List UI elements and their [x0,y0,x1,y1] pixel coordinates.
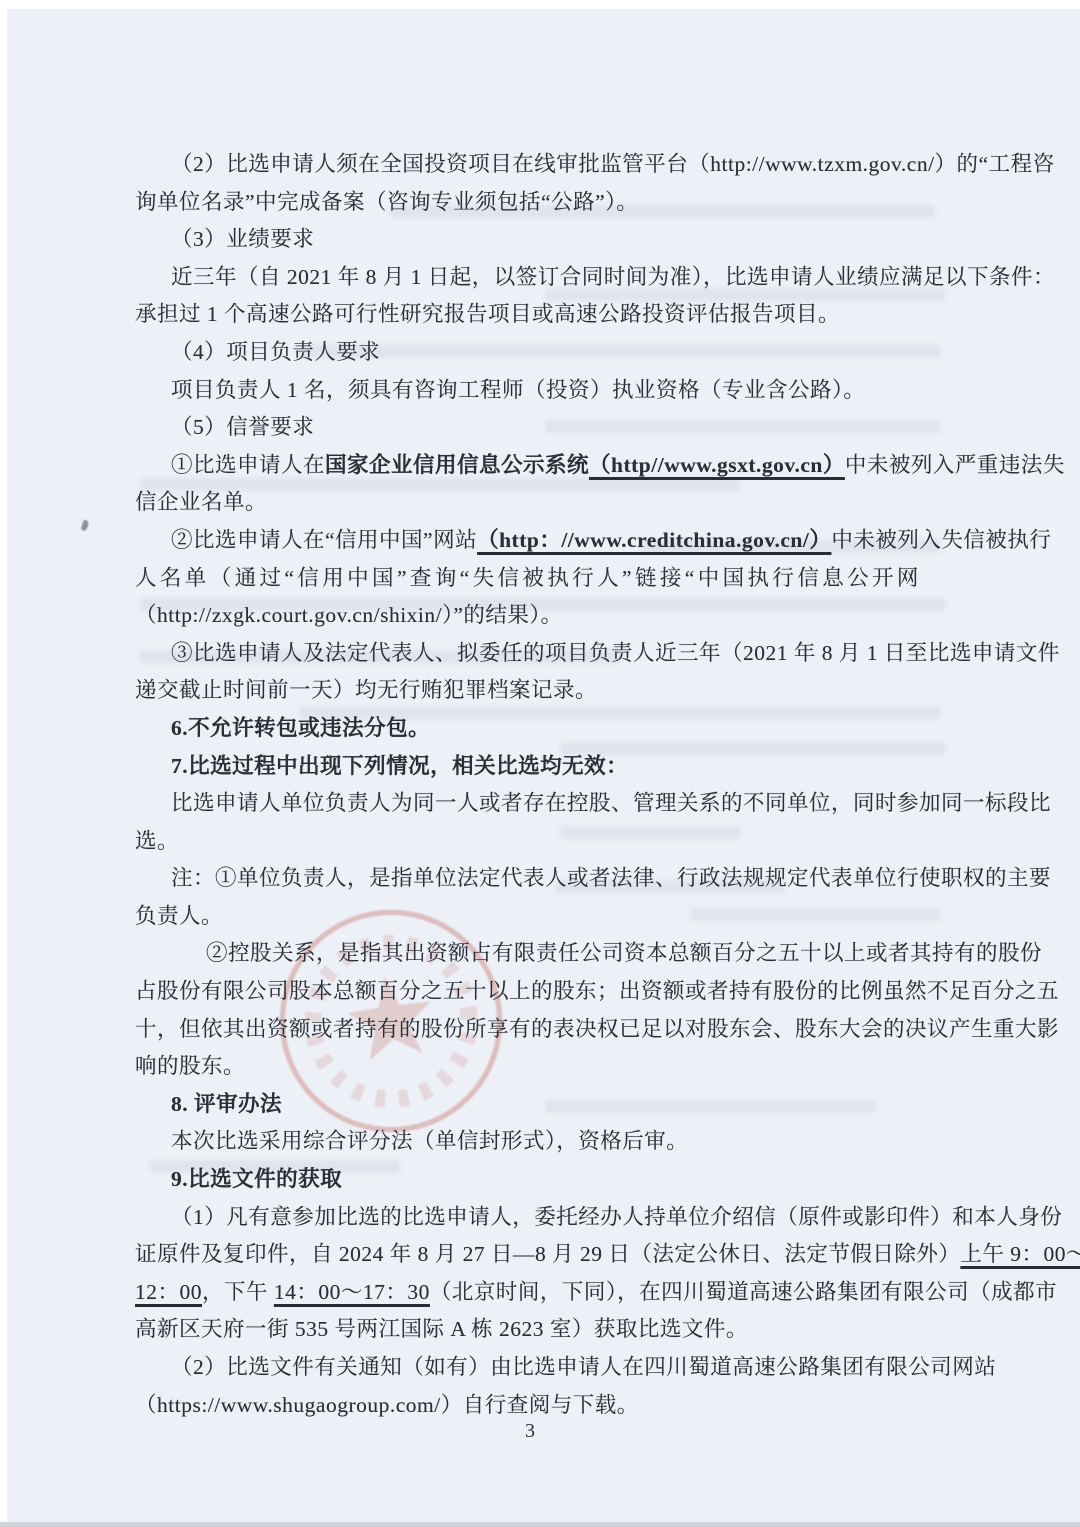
document-body: （2）比选申请人须在全国投资项目在线审批监管平台（http://www.tzxm… [135,146,950,1424]
url-text: （http//www.gsxt.gov.cn） [589,453,845,477]
text-line: ③比选申请人及法定代表人、拟委任的项目负责人近三年（2021 年 8 月 1 日… [135,635,950,673]
text-line: 证原件及复印件，自 2024 年 8 月 27 日—8 月 29 日（法定公休日… [135,1236,950,1274]
text-line: 信企业名单。 [135,484,950,522]
text-segment: （1）凡有意参加比选的比选申请人，委托经办人持单位介绍信（原件或影印件）和本人身… [171,1205,1062,1229]
text-line: 本次比选采用综合评分法（单信封形式），资格后审。 [135,1123,950,1161]
text-segment: 响的股东。 [135,1054,245,1078]
text-line: 项目负责人 1 名，须具有咨询工程师（投资）执业资格（专业含公路）。 [135,372,950,410]
scan-speck-artifact [81,519,90,531]
text-line: ①比选申请人在国家企业信用信息公示系统（http//www.gsxt.gov.c… [135,447,950,485]
text-segment: 国家企业信用信息公示系统 [325,453,589,477]
text-segment: 12：00 [135,1280,202,1304]
text-segment: （4）项目负责人要求 [171,340,380,364]
text-segment: 信企业名单。 [135,490,267,514]
scan-edge-top [0,0,1080,9]
text-segment: （2）比选文件有关通知（如有）由比选申请人在四川蜀道高速公路集团有限公司网站 [171,1355,996,1379]
text-segment: （2）比选申请人须在全国投资项目在线审批监管平台（http://www.tzxm… [171,152,1055,176]
text-segment: 十，但依其出资额或者持有的股份所享有的表决权已足以对股东会、股东大会的决议产生重… [135,1017,1059,1041]
text-segment: 上午 9：00～ [960,1242,1080,1266]
text-segment: （3）业绩要求 [171,227,314,251]
text-segment: 6.不允许转包或违法分包。 [171,716,430,740]
text-line: 12：00，下午 14：00～17：30（北京时间，下同），在四川蜀道高速公路集… [135,1274,950,1312]
text-segment: 比选申请人单位负责人为同一人或者存在控股、管理关系的不同单位，同时参加同一标段比 [171,791,1051,815]
text-line: （https://www.shugaogroup.com/）自行查阅与下载。 [135,1387,950,1425]
text-line: 高新区天府一街 535 号两江国际 A 栋 2623 室）获取比选文件。 [135,1311,950,1349]
text-line: 注：①单位负责人，是指单位法定代表人或者法律、行政法规规定代表单位行使职权的主要 [135,860,950,898]
text-segment: 负责人。 [135,904,223,928]
text-line: 承担过 1 个高速公路可行性研究报告项目或高速公路投资评估报告项目。 [135,296,950,334]
text-segment: （http://zxgk.court.gov.cn/shixin/）”的结果）。 [135,603,563,627]
text-segment: 占股份有限公司股本总额百分之五十以上的股东；出资额或者持有股份的比例虽然不足百分… [135,979,1059,1003]
text-segment: 14：00～17：30 [274,1280,430,1304]
scan-edge-left [0,0,7,1527]
scan-edge-bottom [0,1522,1080,1527]
text-segment: ，下午 [202,1280,274,1304]
text-segment: （5）信誉要求 [171,415,314,439]
text-segment: 中未被列入失信被执行 [831,528,1051,552]
text-segment: 证原件及复印件，自 2024 年 8 月 27 日—8 月 29 日（法定公休日… [135,1242,960,1266]
text-line: （http://zxgk.court.gov.cn/shixin/）”的结果）。 [135,597,950,635]
text-segment: 递交截止时间前一天）均无行贿犯罪档案记录。 [135,678,597,702]
text-segment: 承担过 1 个高速公路可行性研究报告项目或高速公路投资评估报告项目。 [135,302,840,326]
text-segment: ①比选申请人在 [171,453,325,477]
text-line: 9.比选文件的获取 [135,1161,950,1199]
text-line: 近三年（自 2021 年 8 月 1 日起，以签订合同时间为准），比选申请人业绩… [135,259,950,297]
text-line: 十，但依其出资额或者持有的股份所享有的表决权已足以对股东会、股东大会的决议产生重… [135,1011,950,1049]
text-line: 人名单（通过“信用中国”查询“失信被执行人”链接“中国执行信息公开网 [135,560,950,598]
text-segment: 询单位名录”中完成备案（咨询专业须包括“公路”）。 [135,190,638,214]
text-segment: 7.比选过程中出现下列情况，相关比选均无效： [171,754,628,778]
text-line: 比选申请人单位负责人为同一人或者存在控股、管理关系的不同单位，同时参加同一标段比 [135,785,950,823]
text-segment: 人名单（通过“信用中国”查询“失信被执行人”链接“中国执行信息公开网 [135,566,922,590]
text-line: 7.比选过程中出现下列情况，相关比选均无效： [135,748,950,786]
text-segment: 近三年（自 2021 年 8 月 1 日起，以签订合同时间为准），比选申请人业绩… [171,265,1055,289]
text-line: ②比选申请人在“信用中国”网站（http：//www.creditchina.g… [135,522,950,560]
text-line: 询单位名录”中完成备案（咨询专业须包括“公路”）。 [135,184,950,222]
page-number: 3 [0,1420,1060,1443]
text-line: 选。 [135,823,950,861]
text-line: 8. 评审办法 [135,1086,950,1124]
text-line: 负责人。 [135,898,950,936]
scanned-document-page: （2）比选申请人须在全国投资项目在线审批监管平台（http://www.tzxm… [0,0,1080,1527]
text-line: 递交截止时间前一天）均无行贿犯罪档案记录。 [135,672,950,710]
text-segment: 8. 评审办法 [171,1092,282,1116]
url-text: （http：//www.creditchina.gov.cn/） [477,528,831,552]
text-segment: （北京时间，下同），在四川蜀道高速公路集团有限公司（成都市 [430,1280,1057,1304]
text-line: （2）比选申请人须在全国投资项目在线审批监管平台（http://www.tzxm… [135,146,950,184]
text-line: （2）比选文件有关通知（如有）由比选申请人在四川蜀道高速公路集团有限公司网站 [135,1349,950,1387]
text-line: （1）凡有意参加比选的比选申请人，委托经办人持单位介绍信（原件或影印件）和本人身… [135,1199,950,1237]
text-segment: （https://www.shugaogroup.com/）自行查阅与下载。 [135,1393,639,1417]
text-line: （4）项目负责人要求 [135,334,950,372]
text-segment: 项目负责人 1 名，须具有咨询工程师（投资）执业资格（专业含公路）。 [171,378,865,402]
text-segment: ②控股关系，是指其出资额占有限责任公司资本总额百分之五十以上或者其持有的股份 [206,941,1042,965]
text-line: 占股份有限公司股本总额百分之五十以上的股东；出资额或者持有股份的比例虽然不足百分… [135,973,950,1011]
text-segment: 9.比选文件的获取 [171,1167,342,1191]
text-segment: ③比选申请人及法定代表人、拟委任的项目负责人近三年（2021 年 8 月 1 日… [171,641,1060,665]
text-segment: 注：①单位负责人，是指单位法定代表人或者法律、行政法规规定代表单位行使职权的主要 [171,866,1051,890]
text-line: （3）业绩要求 [135,221,950,259]
text-line: ②控股关系，是指其出资额占有限责任公司资本总额百分之五十以上或者其持有的股份 [135,935,950,973]
text-segment: 选。 [135,829,179,853]
text-segment: 本次比选采用综合评分法（单信封形式），资格后审。 [171,1129,688,1153]
text-line: （5）信誉要求 [135,409,950,447]
text-segment: ②比选申请人在“信用中国”网站 [171,528,477,552]
text-segment: 高新区天府一街 535 号两江国际 A 栋 2623 室）获取比选文件。 [135,1317,748,1341]
text-line: 6.不允许转包或违法分包。 [135,710,950,748]
text-line: 响的股东。 [135,1048,950,1086]
text-segment: 中未被列入严重违法失 [845,453,1065,477]
